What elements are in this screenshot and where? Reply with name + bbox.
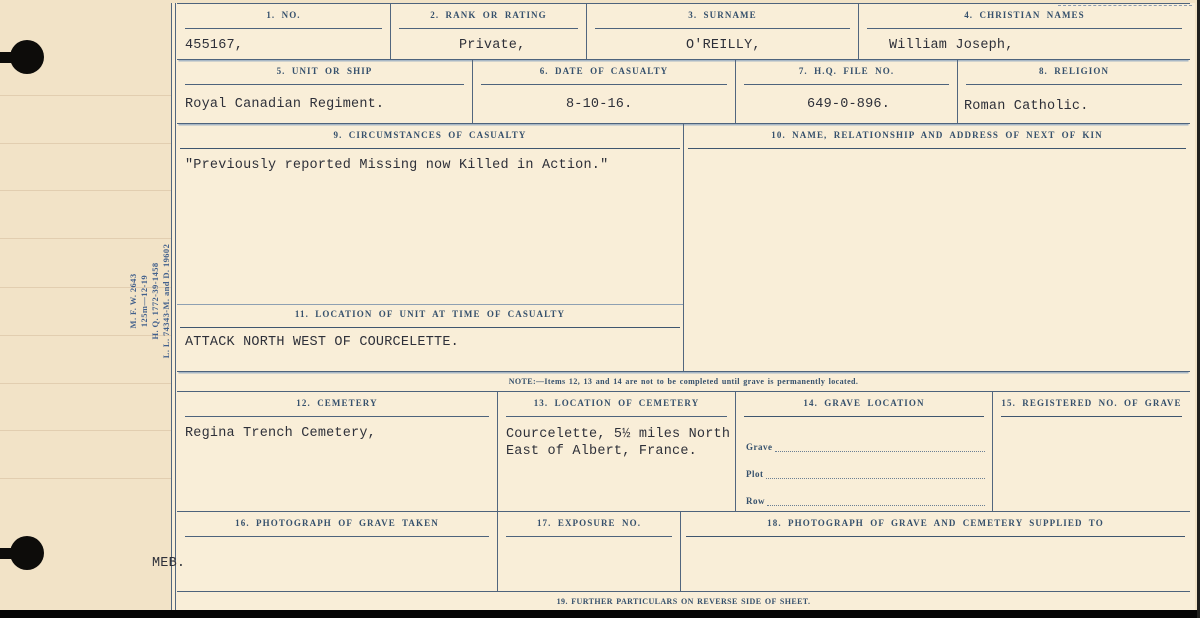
field-cemetery: 12. CEMETERY Regina Trench Cemetery, [177, 392, 497, 511]
field-photo-taken: 16. PHOTOGRAPH OF GRAVE TAKEN [177, 512, 497, 591]
field-hq-file-no-label: 7. H.Q. FILE NO. [744, 60, 949, 85]
binder-hole-bottom [10, 536, 44, 570]
field-photo-taken-label: 16. PHOTOGRAPH OF GRAVE TAKEN [185, 512, 489, 537]
field-next-of-kin-label: 10. NAME, RELATIONSHIP AND ADDRESS OF NE… [688, 124, 1186, 149]
section-unit-location: 11. LOCATION OF UNIT AT TIME OF CASUALTY… [177, 304, 683, 350]
plot-line-dots [766, 466, 986, 479]
row-unit: 5. UNIT OR SHIP Royal Canadian Regiment.… [177, 60, 1190, 124]
margin-rule-line [0, 430, 172, 431]
field-christian-names-value: William Joseph, [859, 38, 1190, 53]
field-cemetery-location-value: Courcelette, 5½ miles North East of Albe… [498, 426, 735, 460]
section-circumstances: 9. CIRCUMSTANCES OF CASUALTY "Previously… [177, 124, 683, 371]
row-photograph: 16. PHOTOGRAPH OF GRAVE TAKEN 17. EXPOSU… [177, 512, 1190, 592]
imprint-line: M. F. W. 2643 [128, 191, 139, 411]
field-unit-location-label: 11. LOCATION OF UNIT AT TIME OF CASUALTY [180, 305, 680, 328]
field-grave-location-label: 14. GRAVE LOCATION [744, 392, 984, 417]
meb-annotation: MEB. [152, 556, 185, 571]
field-no: 1. NO. 455167, [177, 4, 390, 59]
field-hq-file-no-value: 649-0-896. [736, 97, 957, 112]
field-rank-label: 2. RANK OR RATING [399, 4, 578, 29]
field-unit: 5. UNIT OR SHIP Royal Canadian Regiment. [177, 60, 472, 123]
field-no-value: 455167, [177, 38, 390, 53]
footer-note-text: 19. FURTHER PARTICULARS ON REVERSE SIDE … [557, 597, 811, 606]
field-registered-no: 15. REGISTERED NO. OF GRAVE [992, 392, 1190, 511]
field-christian-names: 4. CHRISTIAN NAMES William Joseph, [858, 4, 1190, 59]
imprint-line: 125m—12-19 [139, 191, 150, 411]
grave-line-label: Grave [746, 442, 773, 452]
field-grave-location: 14. GRAVE LOCATION Grave Plot Row [735, 392, 992, 511]
grave-line-dots [775, 439, 986, 452]
field-hq-file-no: 7. H.Q. FILE NO. 649-0-896. [735, 60, 957, 123]
casualty-record-card: M. F. W. 2643 125m—12-19 H. Q. 1772-39-1… [0, 0, 1200, 618]
plot-line-label: Plot [746, 469, 764, 479]
field-rank-value: Private, [391, 38, 586, 53]
grave-line: Grave [746, 425, 985, 452]
margin-rule-line [0, 95, 172, 96]
field-cemetery-value: Regina Trench Cemetery, [177, 426, 497, 441]
binder-hole-top [10, 40, 44, 74]
field-no-label: 1. NO. [185, 4, 382, 29]
field-date-of-casualty: 6. DATE OF CASUALTY 8-10-16. [472, 60, 735, 123]
field-unit-location-value: ATTACK NORTH WEST OF COURCELETTE. [177, 335, 683, 350]
row-line-label: Row [746, 496, 765, 506]
field-christian-names-label: 4. CHRISTIAN NAMES [867, 4, 1182, 29]
field-religion: 8. RELIGION Roman Catholic. [957, 60, 1190, 123]
field-date-of-casualty-label: 6. DATE OF CASUALTY [481, 60, 727, 85]
margin-rule-line [0, 143, 172, 144]
field-religion-value: Roman Catholic. [958, 99, 1190, 114]
imprint-line: H. Q. 1772-39-1458 [150, 191, 161, 411]
field-surname: 3. SURNAME O'REILLY, [586, 4, 858, 59]
form-left-rule-inner [175, 3, 176, 611]
scan-bottom-edge [0, 610, 1200, 618]
form-left-rule-outer [171, 3, 172, 611]
row-line: Row [746, 479, 985, 506]
field-surname-value: O'REILLY, [587, 38, 858, 53]
field-unit-value: Royal Canadian Regiment. [177, 97, 472, 112]
footer-note-bar: 19. FURTHER PARTICULARS ON REVERSE SIDE … [177, 592, 1190, 611]
field-exposure-no-label: 17. EXPOSURE NO. [506, 512, 672, 537]
field-religion-label: 8. RELIGION [966, 60, 1182, 85]
grave-note-text: NOTE:—Items 12, 13 and 14 are not to be … [509, 377, 859, 386]
field-photo-supplied-label: 18. PHOTOGRAPH OF GRAVE AND CEMETERY SUP… [686, 512, 1185, 537]
row-line-dots [767, 493, 985, 506]
field-surname-label: 3. SURNAME [595, 4, 850, 29]
field-circumstances-value: "Previously reported Missing now Killed … [177, 158, 683, 304]
section-next-of-kin: 10. NAME, RELATIONSHIP AND ADDRESS OF NE… [683, 124, 1190, 371]
field-cemetery-location-label: 13. LOCATION OF CEMETERY [506, 392, 727, 417]
row-cemetery: 12. CEMETERY Regina Trench Cemetery, 13.… [177, 392, 1190, 512]
plot-line: Plot [746, 452, 985, 479]
form-imprint-stamp: M. F. W. 2643 125m—12-19 H. Q. 1772-39-1… [128, 191, 172, 411]
margin-rule-line [0, 478, 172, 479]
field-circumstances-label: 9. CIRCUMSTANCES OF CASUALTY [180, 124, 680, 149]
field-cemetery-location: 13. LOCATION OF CEMETERY Courcelette, 5½… [497, 392, 735, 511]
field-rank: 2. RANK OR RATING Private, [390, 4, 586, 59]
row-circumstances: 9. CIRCUMSTANCES OF CASUALTY "Previously… [177, 124, 1190, 372]
field-registered-no-label: 15. REGISTERED NO. OF GRAVE [1001, 392, 1182, 417]
row-identity: 1. NO. 455167, 2. RANK OR RATING Private… [177, 3, 1190, 60]
field-unit-label: 5. UNIT OR SHIP [185, 60, 464, 85]
grave-note-bar: NOTE:—Items 12, 13 and 14 are not to be … [177, 372, 1190, 392]
field-date-of-casualty-value: 8-10-16. [473, 97, 735, 112]
field-photo-supplied: 18. PHOTOGRAPH OF GRAVE AND CEMETERY SUP… [680, 512, 1190, 591]
field-exposure-no: 17. EXPOSURE NO. [497, 512, 680, 591]
field-cemetery-label: 12. CEMETERY [185, 392, 489, 417]
